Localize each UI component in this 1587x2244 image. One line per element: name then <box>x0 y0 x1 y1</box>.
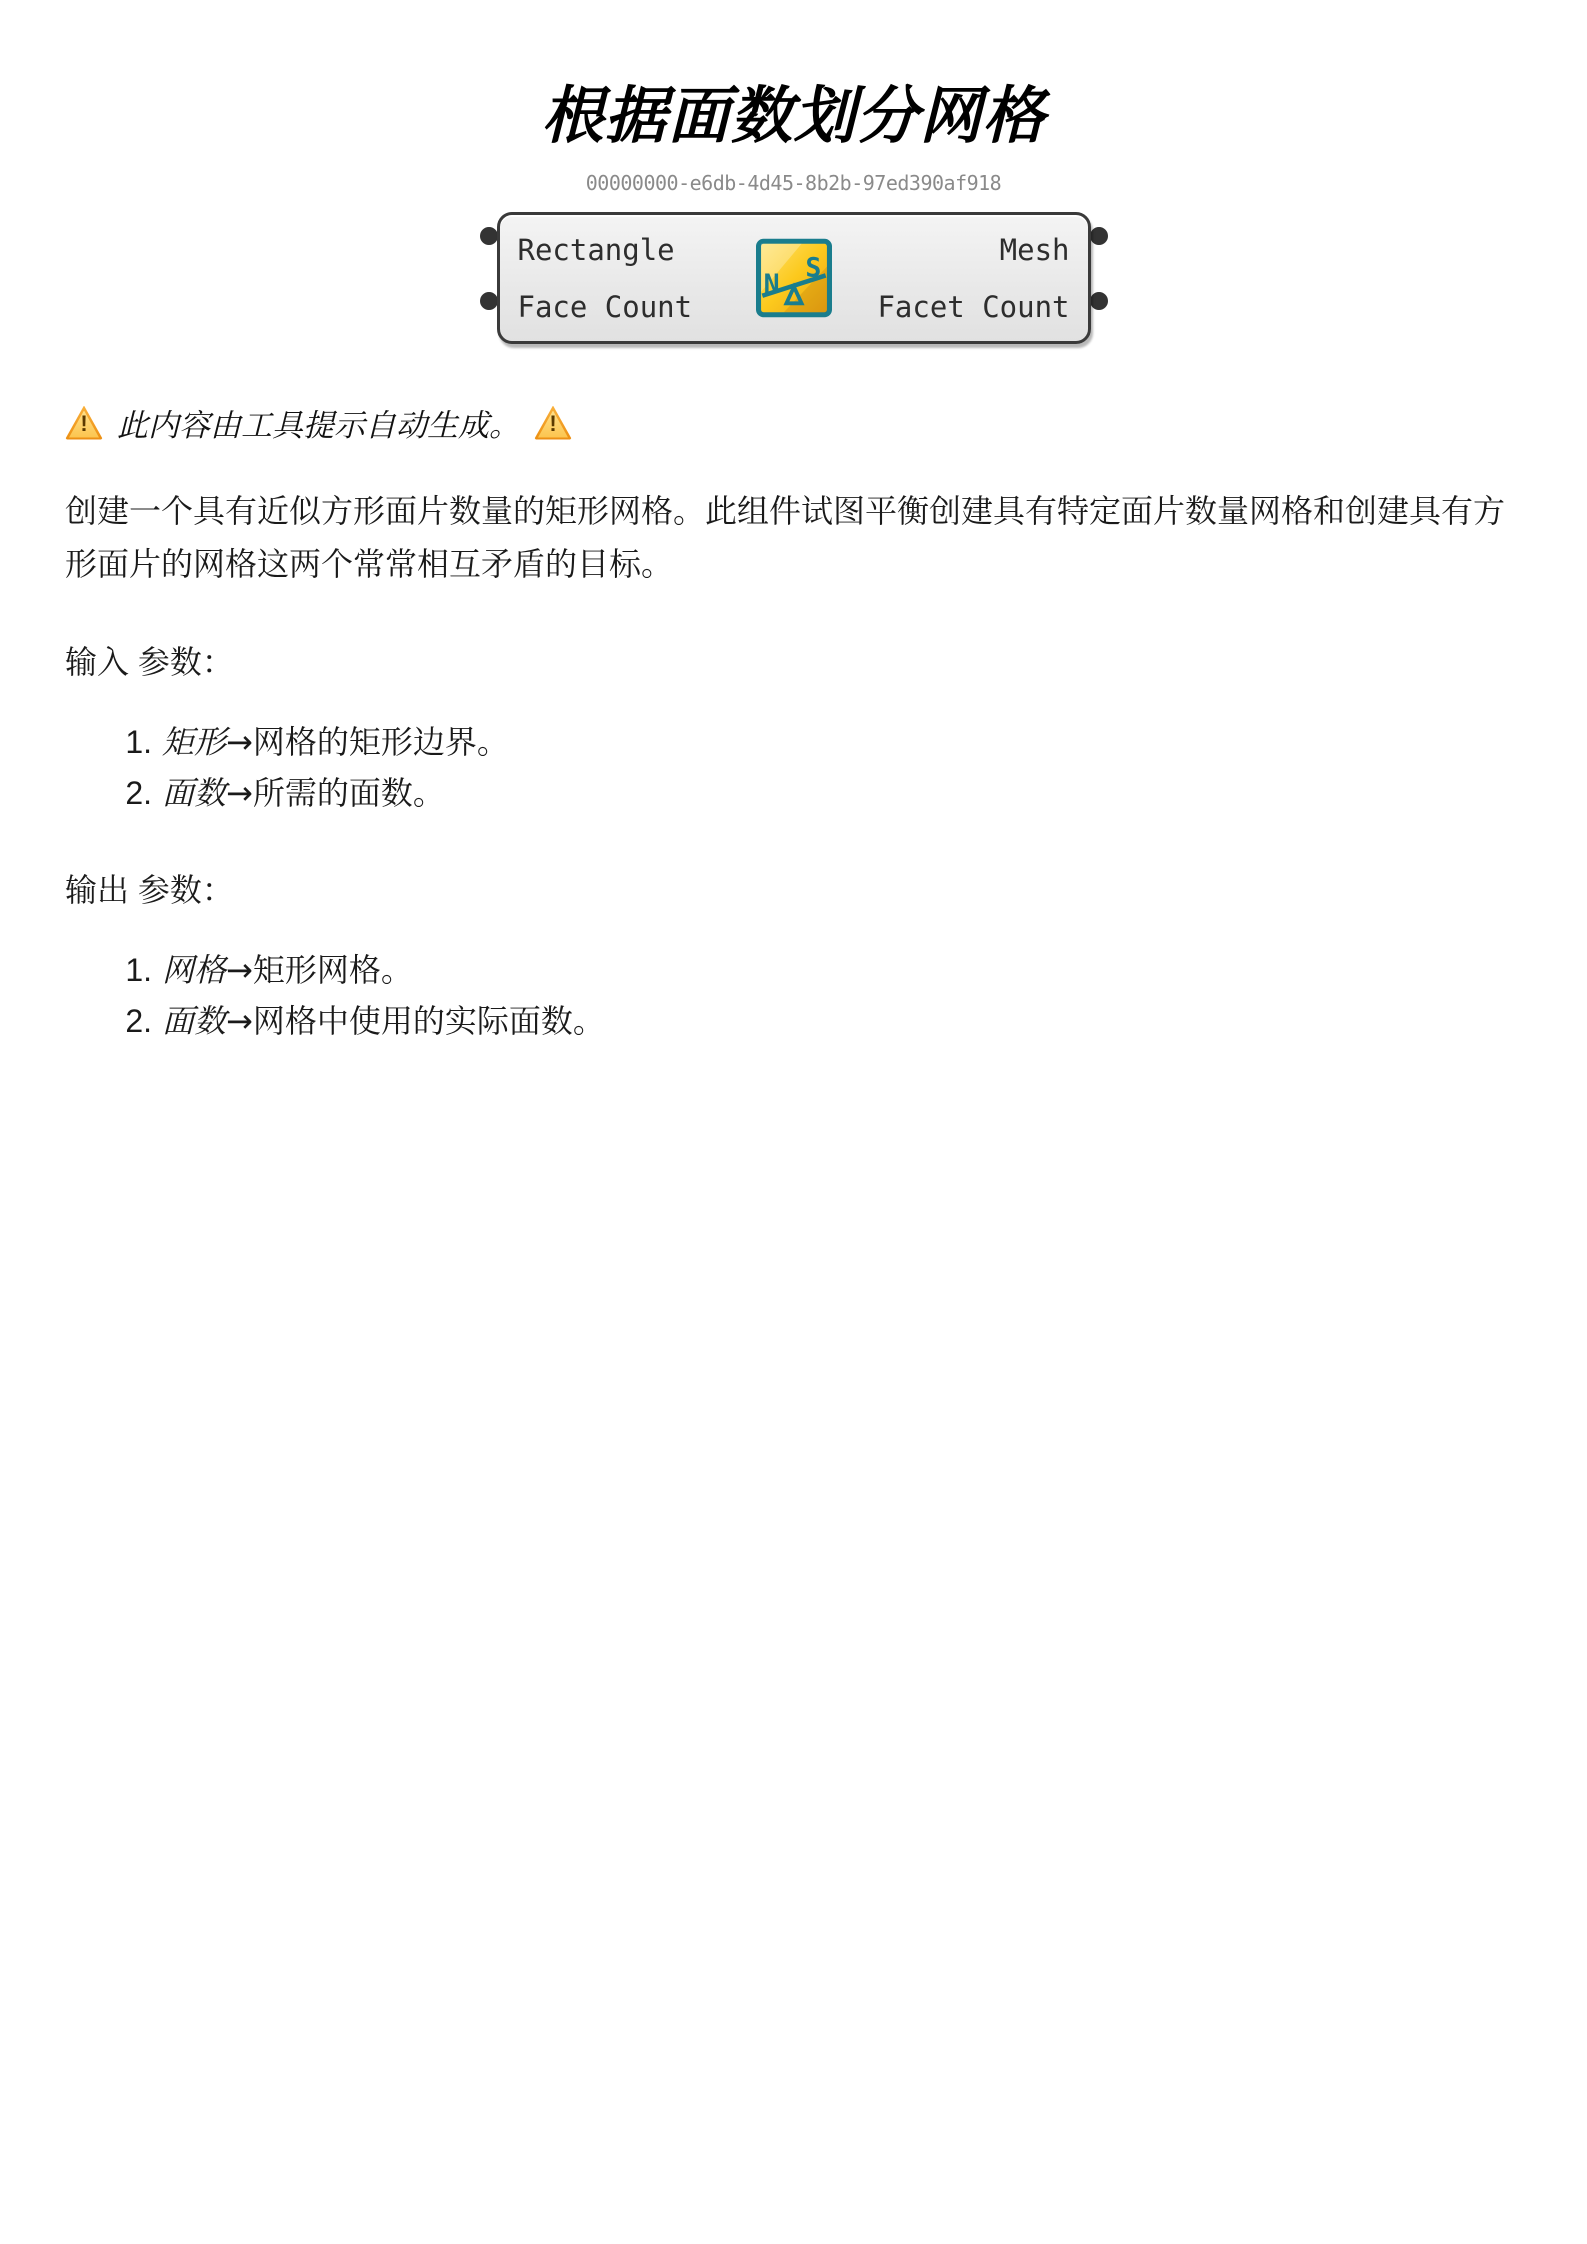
input-label-face-count: Face Count <box>518 290 693 324</box>
param-term: 矩形 <box>162 724 226 760</box>
auto-generated-notice: ! 此内容由工具提示自动生成。 ! <box>65 400 1522 445</box>
param-desc: 矩形网格。 <box>253 952 413 988</box>
param-term: 面数 <box>162 775 226 811</box>
param-desc: 网格中使用的实际面数。 <box>253 1003 605 1039</box>
output-param-item: 2.面数→网格中使用的实际面数。 <box>65 996 1522 1047</box>
output-port-mesh <box>1090 227 1108 245</box>
param-term: 面数 <box>162 1003 226 1039</box>
balance-seesaw-icon: N S <box>756 238 832 318</box>
icon-letter-n: N <box>763 269 779 300</box>
output-label-facet-count: Facet Count <box>877 290 1069 324</box>
input-port-face-count <box>480 292 498 310</box>
input-label-rectangle: Rectangle <box>518 233 675 267</box>
inputs-list: 1.矩形→网格的矩形边界。 2.面数→所需的面数。 <box>65 717 1522 819</box>
grasshopper-component: Rectangle Mesh Face Count Facet Count N … <box>497 212 1091 344</box>
icon-letter-s: S <box>805 253 821 284</box>
notice-text: 此内容由工具提示自动生成。 <box>117 400 520 445</box>
input-param-item: 2.面数→所需的面数。 <box>65 768 1522 819</box>
param-term: 网格 <box>162 952 226 988</box>
output-port-facet-count <box>1090 292 1108 310</box>
arrow-glyph: → <box>226 774 253 812</box>
item-number: 1. <box>112 945 152 996</box>
input-port-rectangle <box>480 227 498 245</box>
component-description: 创建一个具有近似方形面片数量的矩形网格。此组件试图平衡创建具有特定面片数量网格和… <box>65 485 1522 591</box>
param-desc: 网格的矩形边界。 <box>253 724 509 760</box>
param-desc: 所需的面数。 <box>253 775 445 811</box>
arrow-glyph: → <box>226 1002 253 1040</box>
output-label-mesh: Mesh <box>1000 233 1070 267</box>
outputs-heading: 输出 参数： <box>65 865 1522 911</box>
arrow-glyph: → <box>226 723 253 761</box>
item-number: 1. <box>112 717 152 768</box>
output-param-item: 1.网格→矩形网格。 <box>65 945 1522 996</box>
warning-icon: ! <box>534 406 572 440</box>
warning-icon: ! <box>65 406 103 440</box>
page-title: 根据面数划分网格 <box>65 66 1522 155</box>
item-number: 2. <box>112 996 152 1047</box>
item-number: 2. <box>112 768 152 819</box>
component-uuid: 00000000-e6db-4d45-8b2b-97ed390af918 <box>65 171 1522 195</box>
inputs-heading: 输入 参数： <box>65 637 1522 683</box>
input-param-item: 1.矩形→网格的矩形边界。 <box>65 717 1522 768</box>
arrow-glyph: → <box>226 951 253 989</box>
outputs-list: 1.网格→矩形网格。 2.面数→网格中使用的实际面数。 <box>65 945 1522 1047</box>
